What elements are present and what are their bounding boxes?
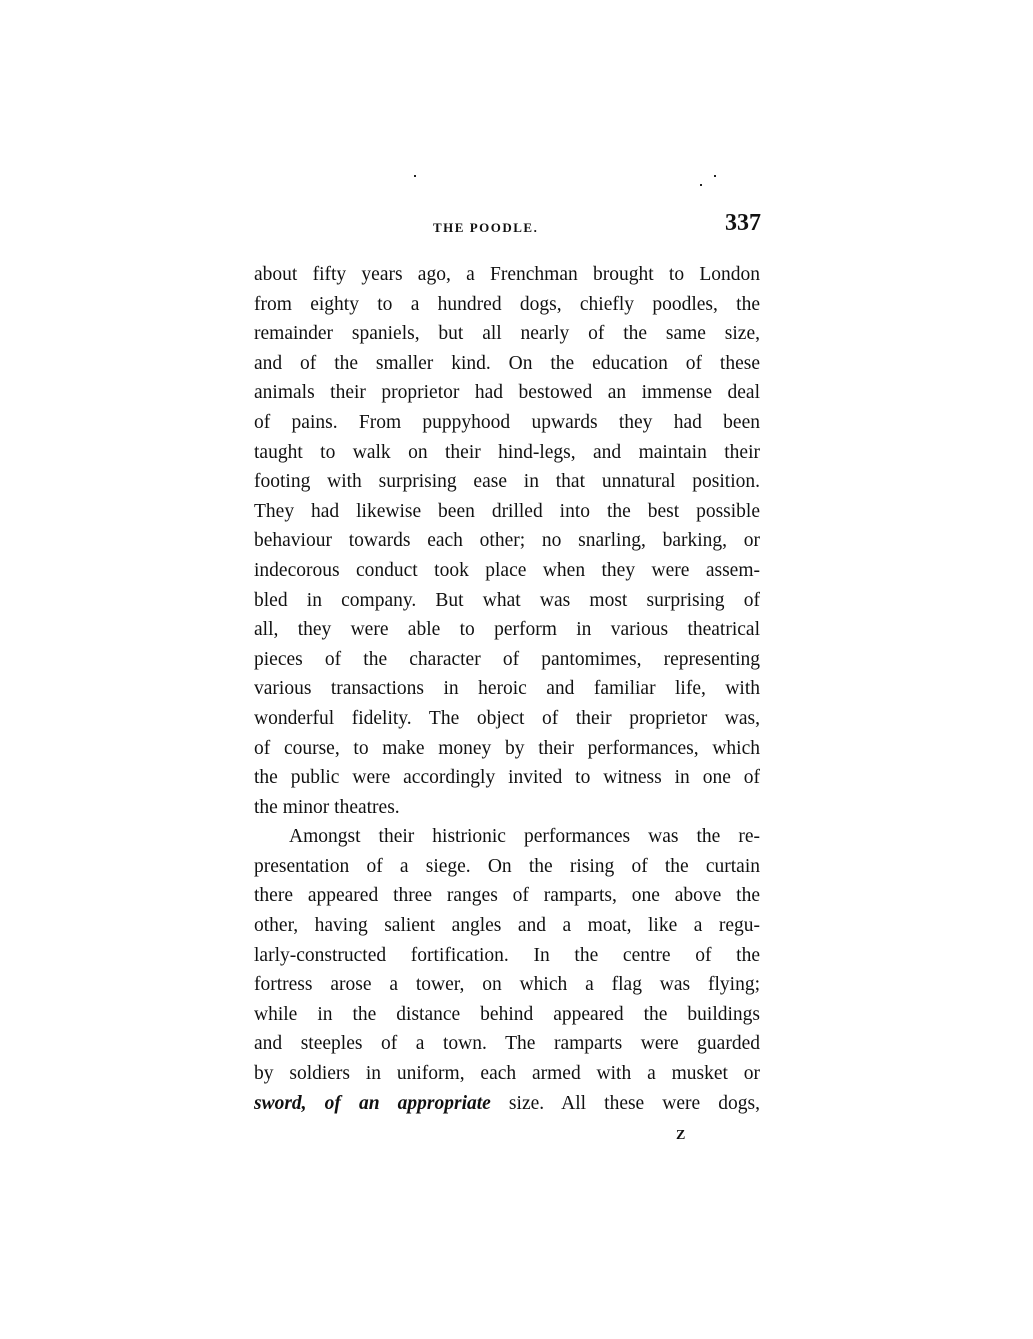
scan-speck: [714, 175, 716, 177]
text-line: wonderful fidelity. The object of their …: [254, 704, 760, 734]
running-title: THE POODLE.: [433, 220, 538, 236]
text-line: taught to walk on their hind-legs, and m…: [254, 438, 760, 468]
text-run: size. All these were dogs,: [491, 1093, 760, 1114]
text-line: behaviour towards each other; no snarlin…: [254, 526, 760, 556]
text-line: animals their proprietor had bestowed an…: [254, 378, 760, 408]
text-line: while in the distance behind appeared th…: [254, 1000, 760, 1030]
text-line: of pains. From puppyhood upwards they ha…: [254, 408, 760, 438]
text-line: the public were accordingly invited to w…: [254, 763, 760, 793]
text-line: the minor theatres.: [254, 793, 760, 823]
text-line: various transactions in heroic and famil…: [254, 674, 760, 704]
text-line: larly-constructed fortification. In the …: [254, 941, 760, 971]
text-line: pieces of the character of pantomimes, r…: [254, 645, 760, 675]
text-line: footing with surprising ease in that unn…: [254, 467, 760, 497]
scan-speck: [414, 175, 416, 177]
text-line: presentation of a siege. On the rising o…: [254, 852, 760, 882]
text-line: fortress arose a tower, on which a flag …: [254, 970, 760, 1000]
text-line: bled in company. But what was most surpr…: [254, 586, 760, 616]
text-line: and steeples of a town. The ramparts wer…: [254, 1029, 760, 1059]
paragraph-2: Amongst their histrionic performances wa…: [254, 822, 760, 1118]
text-line: from eighty to a hundred dogs, chiefly p…: [254, 290, 760, 320]
text-line: Amongst their histrionic performances wa…: [254, 822, 760, 852]
scan-speck: [700, 184, 702, 186]
text-line: there appeared three ranges of ramparts,…: [254, 881, 760, 911]
text-line: about fifty years ago, a Frenchman broug…: [254, 260, 760, 290]
text-line: and of the smaller kind. On the educatio…: [254, 349, 760, 379]
page-number: 337: [725, 210, 761, 237]
text-line: They had likewise been drilled into the …: [254, 497, 760, 527]
text-line: other, having salient angles and a moat,…: [254, 911, 760, 941]
paragraph-1: about fifty years ago, a Frenchman broug…: [254, 260, 760, 822]
text-line: indecorous conduct took place when they …: [254, 556, 760, 586]
signature-mark: Z: [676, 1128, 685, 1144]
text-line: remainder spaniels, but all nearly of th…: [254, 319, 760, 349]
italic-phrase: sword, of an appropriate: [254, 1093, 491, 1114]
running-head: THE POODLE. 337: [253, 210, 761, 240]
text-line: by soldiers in uniform, each armed with …: [254, 1059, 760, 1089]
body-text: about fifty years ago, a Frenchman broug…: [254, 260, 760, 1118]
text-line-final: sword, of an appropriate size. All these…: [254, 1089, 760, 1119]
text-line: all, they were able to perform in variou…: [254, 615, 760, 645]
text-line: of course, to make money by their perfor…: [254, 734, 760, 764]
